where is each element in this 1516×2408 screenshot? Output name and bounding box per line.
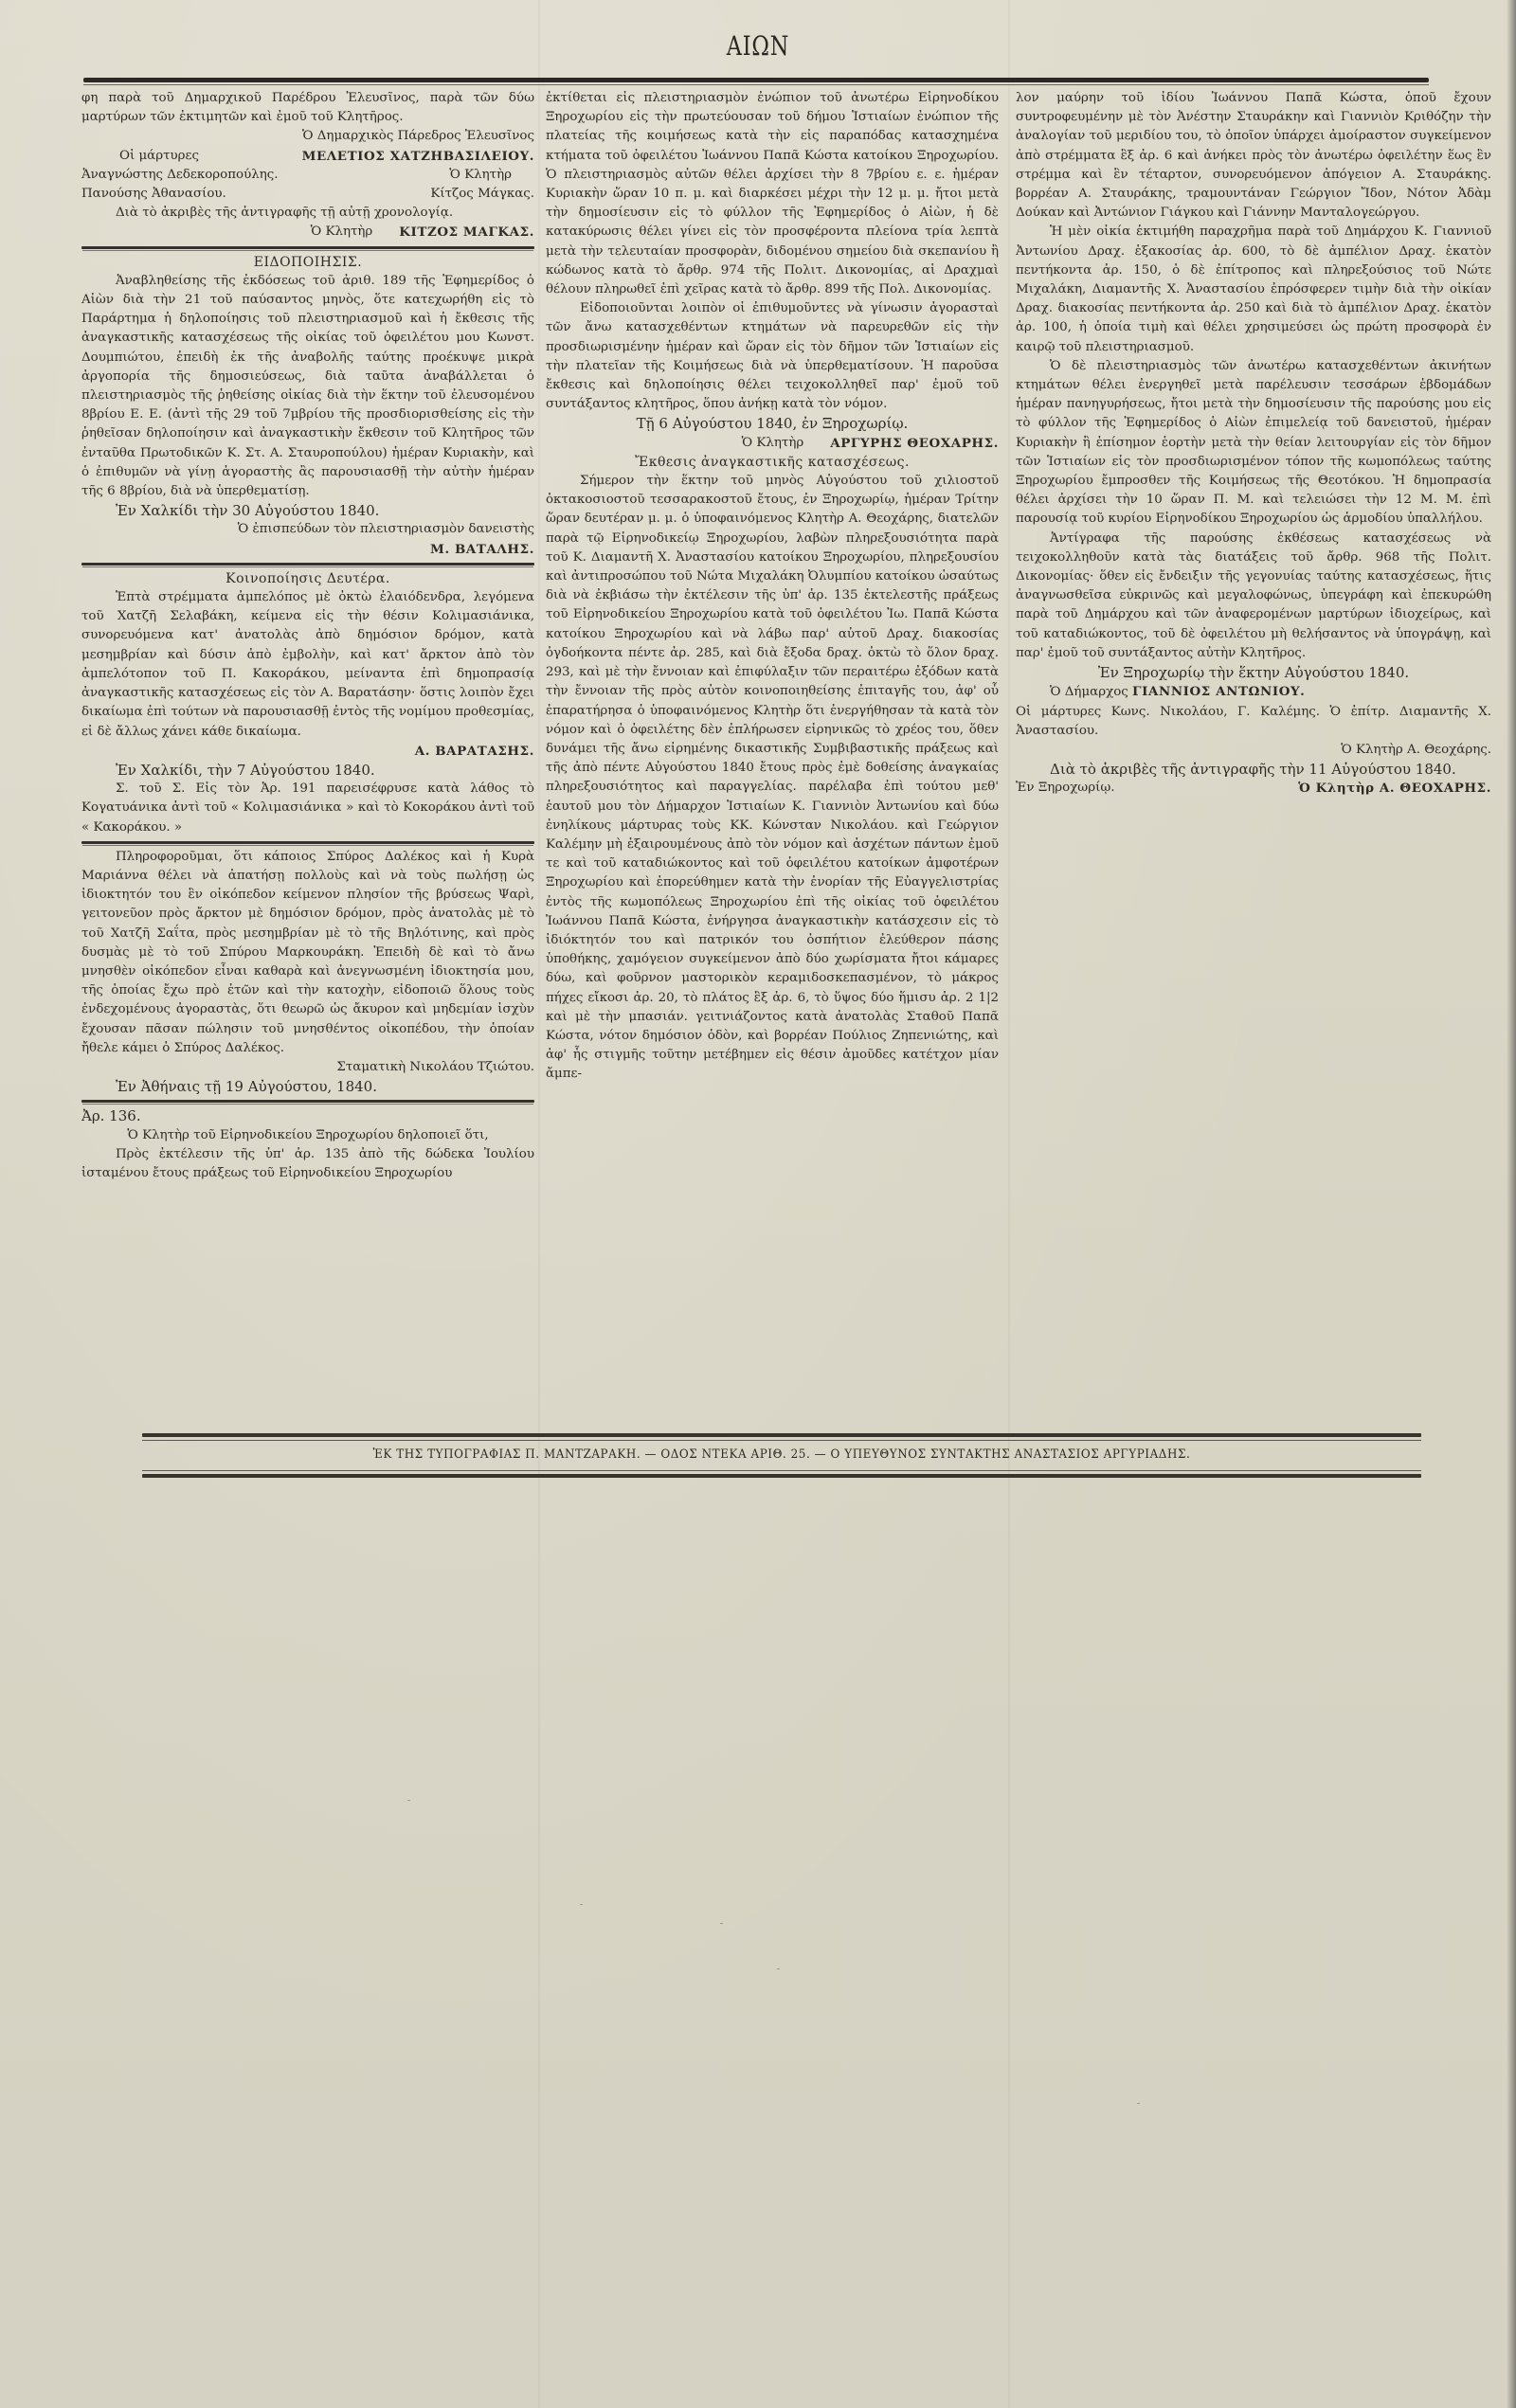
erratum-note: Σ. τοῦ Σ. Εἰς τὸν Ἀρ. 191 παρεισέφρυσε κ… (81, 780, 534, 837)
page-edge-shadow (1507, 0, 1516, 2408)
auction-body: ἐκτίθεται εἰς πλειστηριασμὸν ἐνώπιον τοῦ… (546, 89, 999, 299)
fourth-notice-heading: Ὁ Κλητὴρ τοῦ Εἰρηνοδικείου Ξηροχωρίου δη… (81, 1126, 534, 1145)
notice-number: Ἀρ. 136. (81, 1106, 534, 1125)
notice-date: Ἐν Χαλκίδι τὴν 30 Αὐγούστου 1840. (81, 501, 534, 520)
paper-speck (407, 1800, 410, 1801)
column-fold (538, 0, 540, 2408)
column-3: λον μαύρην τοῦ ἰδίου Ἰωάννου Παπᾶ Κώστα,… (1016, 89, 1491, 799)
imprint-rule-top (142, 1433, 1421, 1437)
section-divider (81, 841, 534, 844)
copy-signer-label: Ὁ Κλητὴρ (311, 223, 373, 242)
valuation-text: Ἡ μὲν οἰκία ἐκτιμήθη παραχρῆμα παρὰ τοῦ … (1016, 223, 1491, 356)
paper-speck (720, 1923, 723, 1924)
signer-title: Ὁ Δημαρχικὸς Πάρεδρος Ἐλευσῖνος (81, 127, 534, 146)
second-notice-heading: Κοινοποίησις Δευτέρα. (81, 569, 534, 588)
bailiff-short: Ὁ Κλητὴρ Α. Θεοχάρης. (1016, 741, 1491, 760)
third-notice-date: Ἐν Ἀθήναις τῇ 19 Αὐγούστου, 1840. (81, 1077, 534, 1096)
witness-row: Πανούσης Ἀθανασίου. Κίτζος Μάγκας. (81, 185, 534, 204)
column-2: ἐκτίθεται εἰς πλειστηριασμὸν ἐνώπιον τοῦ… (546, 89, 999, 1085)
second-notice-body: Ἑπτὰ στρέμματα ἀμπελόπος μὲ ὀκτὼ ἐλαιόδε… (81, 588, 534, 742)
place-label: Ἐν Ξηροχωρίῳ. (1016, 779, 1115, 798)
section-divider (81, 246, 534, 249)
auction-signer-row: Ὁ Κλητὴρ ΑΡΓΥΡΗΣ ΘΕΟΧΑΡΗΣ. (546, 434, 999, 453)
signer-name: ΜΕΛΕΤΙΟΣ ΧΑΤΖΗΒΑΣΙΛΕΙΟΥ. (302, 147, 534, 166)
copy-note: Διὰ τὸ ἀκριβὲς τῆς ἀντιγραφῆς τῇ αὐτῇ χρ… (81, 204, 534, 223)
newspaper-page: ΑΙΩΝ φη παρὰ τοῦ Δημαρχικοῦ Παρέδρου Ἐλε… (0, 0, 1516, 2408)
signature-row: Οἱ μάρτυρες ΜΕΛΕΤΙΟΣ ΧΑΤΖΗΒΑΣΙΛΕΙΟΥ. (81, 147, 534, 166)
fourth-notice-body: Πρὸς ἐκτέλεσιν τῆς ὑπ' ἀρ. 135 ἀπὸ τῆς δ… (81, 1145, 534, 1183)
notice-signer-name: Μ. ΒΑΤΑΛΗΣ. (81, 540, 534, 559)
imprint-rule-bottom (142, 1474, 1421, 1478)
notice-signer-title: Ὁ ἐπισπεύδων τὸν πλειστηριασμὸν δανειστὴ… (81, 520, 534, 539)
copy-signer-row: Ὁ Κλητὴρ ΚΙΤΖΟΣ ΜΑΓΚΑΣ. (81, 223, 534, 242)
masthead-title: ΑΙΩΝ (152, 30, 1364, 62)
witness-1: Ἀναγνώστης Δεδεκοροπούλης. (81, 166, 278, 185)
final-signer-row: Ἐν Ξηροχωρίῳ. Ὁ Κλητὴρ Α. ΘΕΟΧΑΡΗΣ. (1016, 779, 1491, 798)
third-notice-body: Πληροφοροῦμαι, ὅτι κάποιος Σπύρος Δαλέκο… (81, 848, 534, 1058)
copy-date-note: Διὰ τὸ ἀκριβὲς τῆς ἀντιγραφῆς τὴν 11 Αὐγ… (1016, 760, 1491, 779)
column-1: φη παρὰ τοῦ Δημαρχικοῦ Παρέδρου Ἐλευσῖνο… (81, 89, 534, 1183)
seizure-report-body: Σήμερον τὴν ἕκτην τοῦ μηνὸς Αὐγούστου το… (546, 472, 999, 1085)
copies-text: Ἀντίγραφα τῆς παρούσης ἐκθέσεως κατασχέσ… (1016, 530, 1491, 663)
auction-date: Τῇ 6 Αὐγούστου 1840, ἐν Ξηροχωρίῳ. (546, 414, 999, 433)
second-notice-signer: Α. ΒΑΡΑΤΑΣΗΣ. (81, 742, 534, 761)
third-notice-signer: Σταματικὴ Νικολάου Τζιώτου. (81, 1058, 534, 1077)
mayor-label: Ὁ Δήμαρχος (1050, 685, 1128, 699)
intro-text: φη παρὰ τοῦ Δημαρχικοῦ Παρέδρου Ἐλευσῖνο… (81, 89, 534, 127)
auction-signer-label: Ὁ Κλητὴρ (742, 434, 804, 453)
second-notice-date: Ἐν Χαλκίδι, τὴν 7 Αὐγούστου 1840. (81, 761, 534, 780)
witness-row: Ἀναγνώστης Δεδεκοροπούλης. Ὁ Κλητὴρ (81, 166, 534, 185)
final-signer: Ὁ Κλητὴρ Α. ΘΕΟΧΑΡΗΣ. (1298, 779, 1491, 798)
section-divider (81, 1100, 534, 1103)
notice-heading: ΕΙΔΟΠΟΙΗΣΙΣ. (81, 253, 534, 272)
mayor-row: Ὁ Δήμαρχος ΓΙΑΝΝΙΟΣ ΑΝΤΩΝΙΟΥ. (1016, 682, 1491, 702)
auction-invitation: Εἰδοποιοῦνται λοιπὸν οἱ ἐπιθυμοῦντες νὰ … (546, 299, 999, 414)
vineyard-description: λον μαύρην τοῦ ἰδίου Ἰωάννου Παπᾶ Κώστα,… (1016, 89, 1491, 223)
auction-schedule-text: Ὁ δὲ πλειστηριασμὸς τῶν ἀνωτέρω κατασχεθ… (1016, 357, 1491, 530)
paper-speck (580, 1904, 583, 1905)
imprint-band: ἘΚ ΤΗΣ ΤΥΠΟΓΡΑΦΙΑΣ Π. ΜΑΝΤΖΑΡΑΚΗ. — ΟΔΟΣ… (142, 1433, 1421, 1478)
bailiff-name: Κίτζος Μάγκας. (430, 185, 534, 204)
copy-signer-name: ΚΙΤΖΟΣ ΜΑΓΚΑΣ. (399, 223, 534, 242)
masthead-rule (83, 78, 1429, 82)
column-fold (1008, 0, 1010, 2408)
witness-label: Οἱ μάρτυρες (81, 147, 199, 166)
witness-2: Πανούσης Ἀθανασίου. (81, 185, 226, 204)
seizure-report-heading: Ἔκθεσις ἀναγκαστικῆς κατασχέσεως. (546, 453, 999, 472)
imprint-rule-thin (142, 1470, 1421, 1471)
paper-speck (777, 1968, 780, 1969)
report-date: Ἐν Ξηροχωρίῳ τὴν ἕκτην Αὐγούστου 1840. (1016, 663, 1491, 682)
imprint-text: ἘΚ ΤΗΣ ΤΥΠΟΓΡΑΦΙΑΣ Π. ΜΑΝΤΖΑΡΑΚΗ. — ΟΔΟΣ… (193, 1441, 1370, 1467)
witnesses-line: Οἱ μάρτυρες Κωνς. Νικολάου, Γ. Καλέμης. … (1016, 703, 1491, 741)
auction-signer-name: ΑΡΓΥΡΗΣ ΘΕΟΧΑΡΗΣ. (830, 434, 999, 453)
section-divider (81, 563, 534, 566)
notice-body: Ἀναβληθείσης τῆς ἐκδόσεως τοῦ ἀριθ. 189 … (81, 272, 534, 501)
paper-speck (1137, 2103, 1140, 2104)
mayor-name: ΓΙΑΝΝΙΟΣ ΑΝΤΩΝΙΟΥ. (1132, 684, 1305, 699)
bailiff-label: Ὁ Κλητὴρ (449, 166, 534, 185)
